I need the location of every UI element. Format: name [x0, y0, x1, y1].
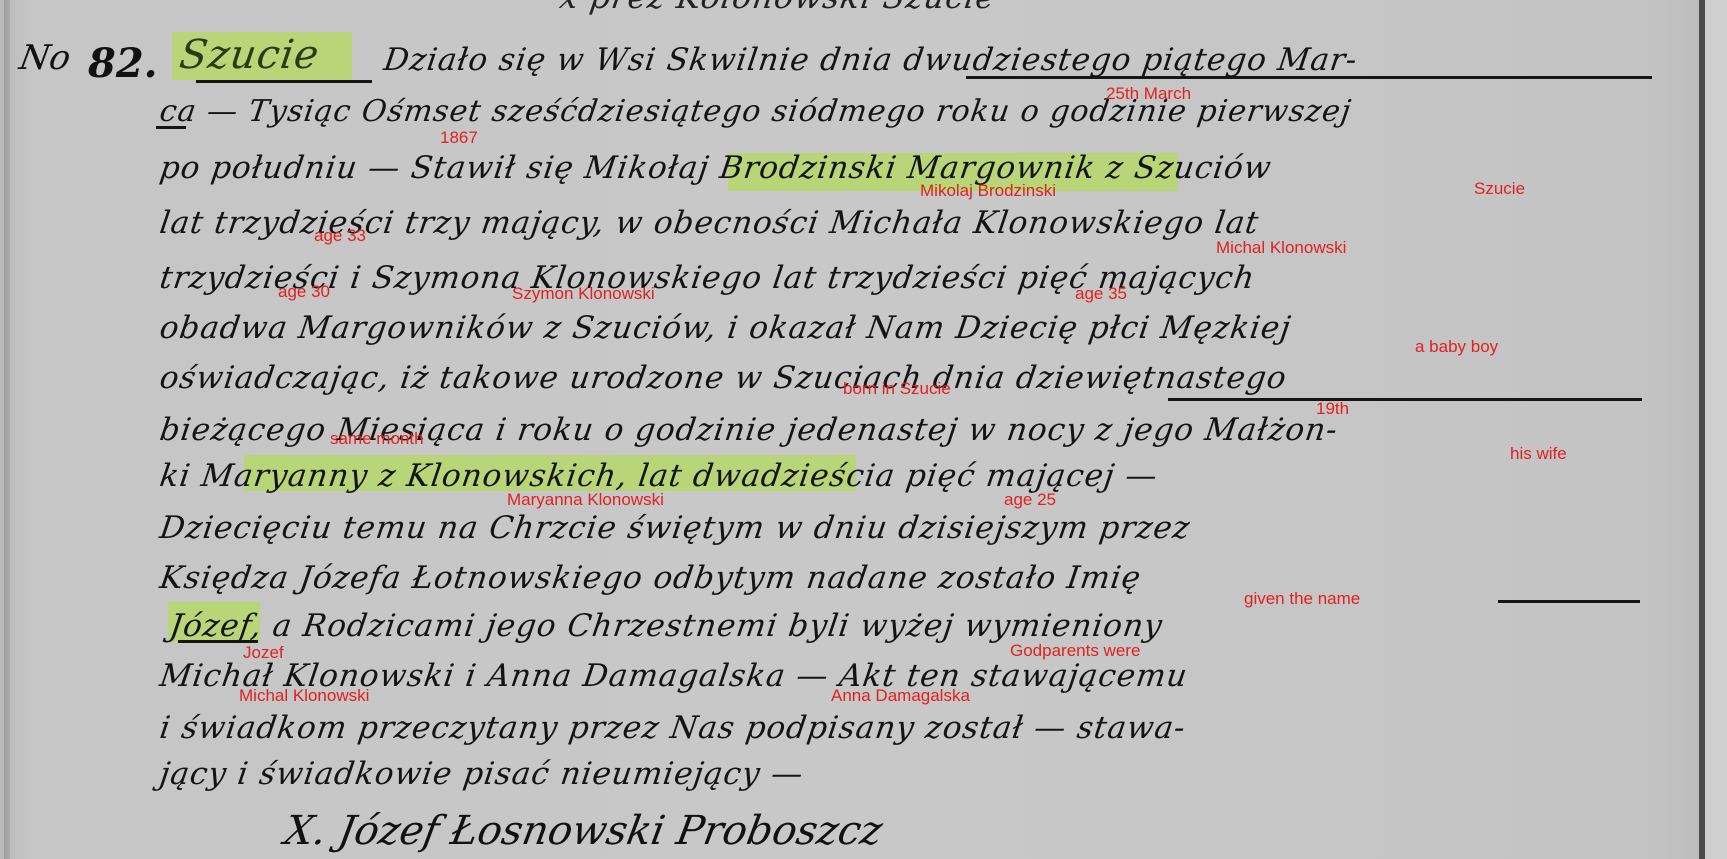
right-margin — [1705, 0, 1727, 859]
annotation-age-father: age 33 — [314, 226, 366, 246]
top-line-fragment: x prez Kolonowski Szucie — [557, 0, 998, 16]
annotation-born-place: born in Szucie — [843, 379, 951, 399]
underline-village — [196, 80, 372, 83]
page-left-edge — [4, 0, 10, 859]
record-number: 82. — [88, 40, 158, 87]
annotation-birth-day: 19th — [1316, 399, 1349, 419]
handwritten-line-15: jący i świadkowie pisać nieumiejący — — [157, 756, 805, 792]
underline-name — [1498, 600, 1640, 603]
record-number-prefix: No — [16, 38, 73, 78]
handwritten-line-6: obadwa Margowników z Szuciów, i okazał N… — [157, 310, 1293, 346]
annotation-date: 25th March — [1106, 84, 1191, 104]
annotation-father-name: Mikolaj Brodzinski — [920, 181, 1056, 201]
handwritten-line-11: Księdza Józefa Łotnowskiego odbytym nada… — [157, 560, 1143, 596]
annotation-godmother: Anna Damagalska — [831, 686, 970, 706]
handwritten-line-12: Józef, a Rodzicami jego Chrzestnemi byli… — [167, 608, 1165, 644]
annotation-witness1: Michal Klonowski — [1216, 238, 1346, 258]
annotation-child-name: Jozef — [243, 643, 284, 663]
handwritten-line-10: Dziecięciu temu na Chrzcie świętym w dni… — [157, 510, 1192, 546]
annotation-age-mother: age 25 — [1004, 490, 1056, 510]
handwritten-line-1: Działo się w Wsi Skwilnie dnia dwudziest… — [381, 42, 1359, 78]
annotation-given-name: given the name — [1244, 589, 1360, 609]
annotation-age-witness1: age 30 — [278, 282, 330, 302]
handwritten-line-3: po południu — Stawił się Mikołaj Brodzin… — [157, 150, 1274, 186]
annotation-mother-name: Maryanna Klonowski — [507, 490, 664, 510]
annotation-same-month: same month — [330, 429, 424, 449]
annotation-sex: a baby boy — [1415, 337, 1498, 357]
annotation-godparents: Godparents were — [1010, 641, 1140, 661]
annotation-godfather: Michal Klonowski — [239, 686, 369, 706]
annotation-place: Szucie — [1474, 179, 1525, 199]
document-page: x prez Kolonowski Szucie No 82. Szucie D… — [0, 0, 1727, 859]
handwritten-line-7: oświadczając, iż takowe urodzone w Szuci… — [157, 360, 1289, 396]
annotation-year: 1867 — [440, 128, 478, 148]
annotation-witness2: Szymon Klonowski — [512, 284, 655, 304]
handwritten-line-9: ki Maryanny z Klonowskich, lat dwadzieśc… — [157, 458, 1160, 494]
annotation-wife: his wife — [1510, 444, 1567, 464]
priest-signature: X. Józef Łosnowski Proboszcz — [281, 808, 886, 854]
handwritten-line-14: i świadkom przeczytany przez Nas podpisa… — [157, 710, 1188, 746]
handwritten-village: Szucie — [177, 32, 323, 78]
underline-birthday — [1168, 398, 1642, 401]
annotation-age-witness2: age 35 — [1075, 284, 1127, 304]
